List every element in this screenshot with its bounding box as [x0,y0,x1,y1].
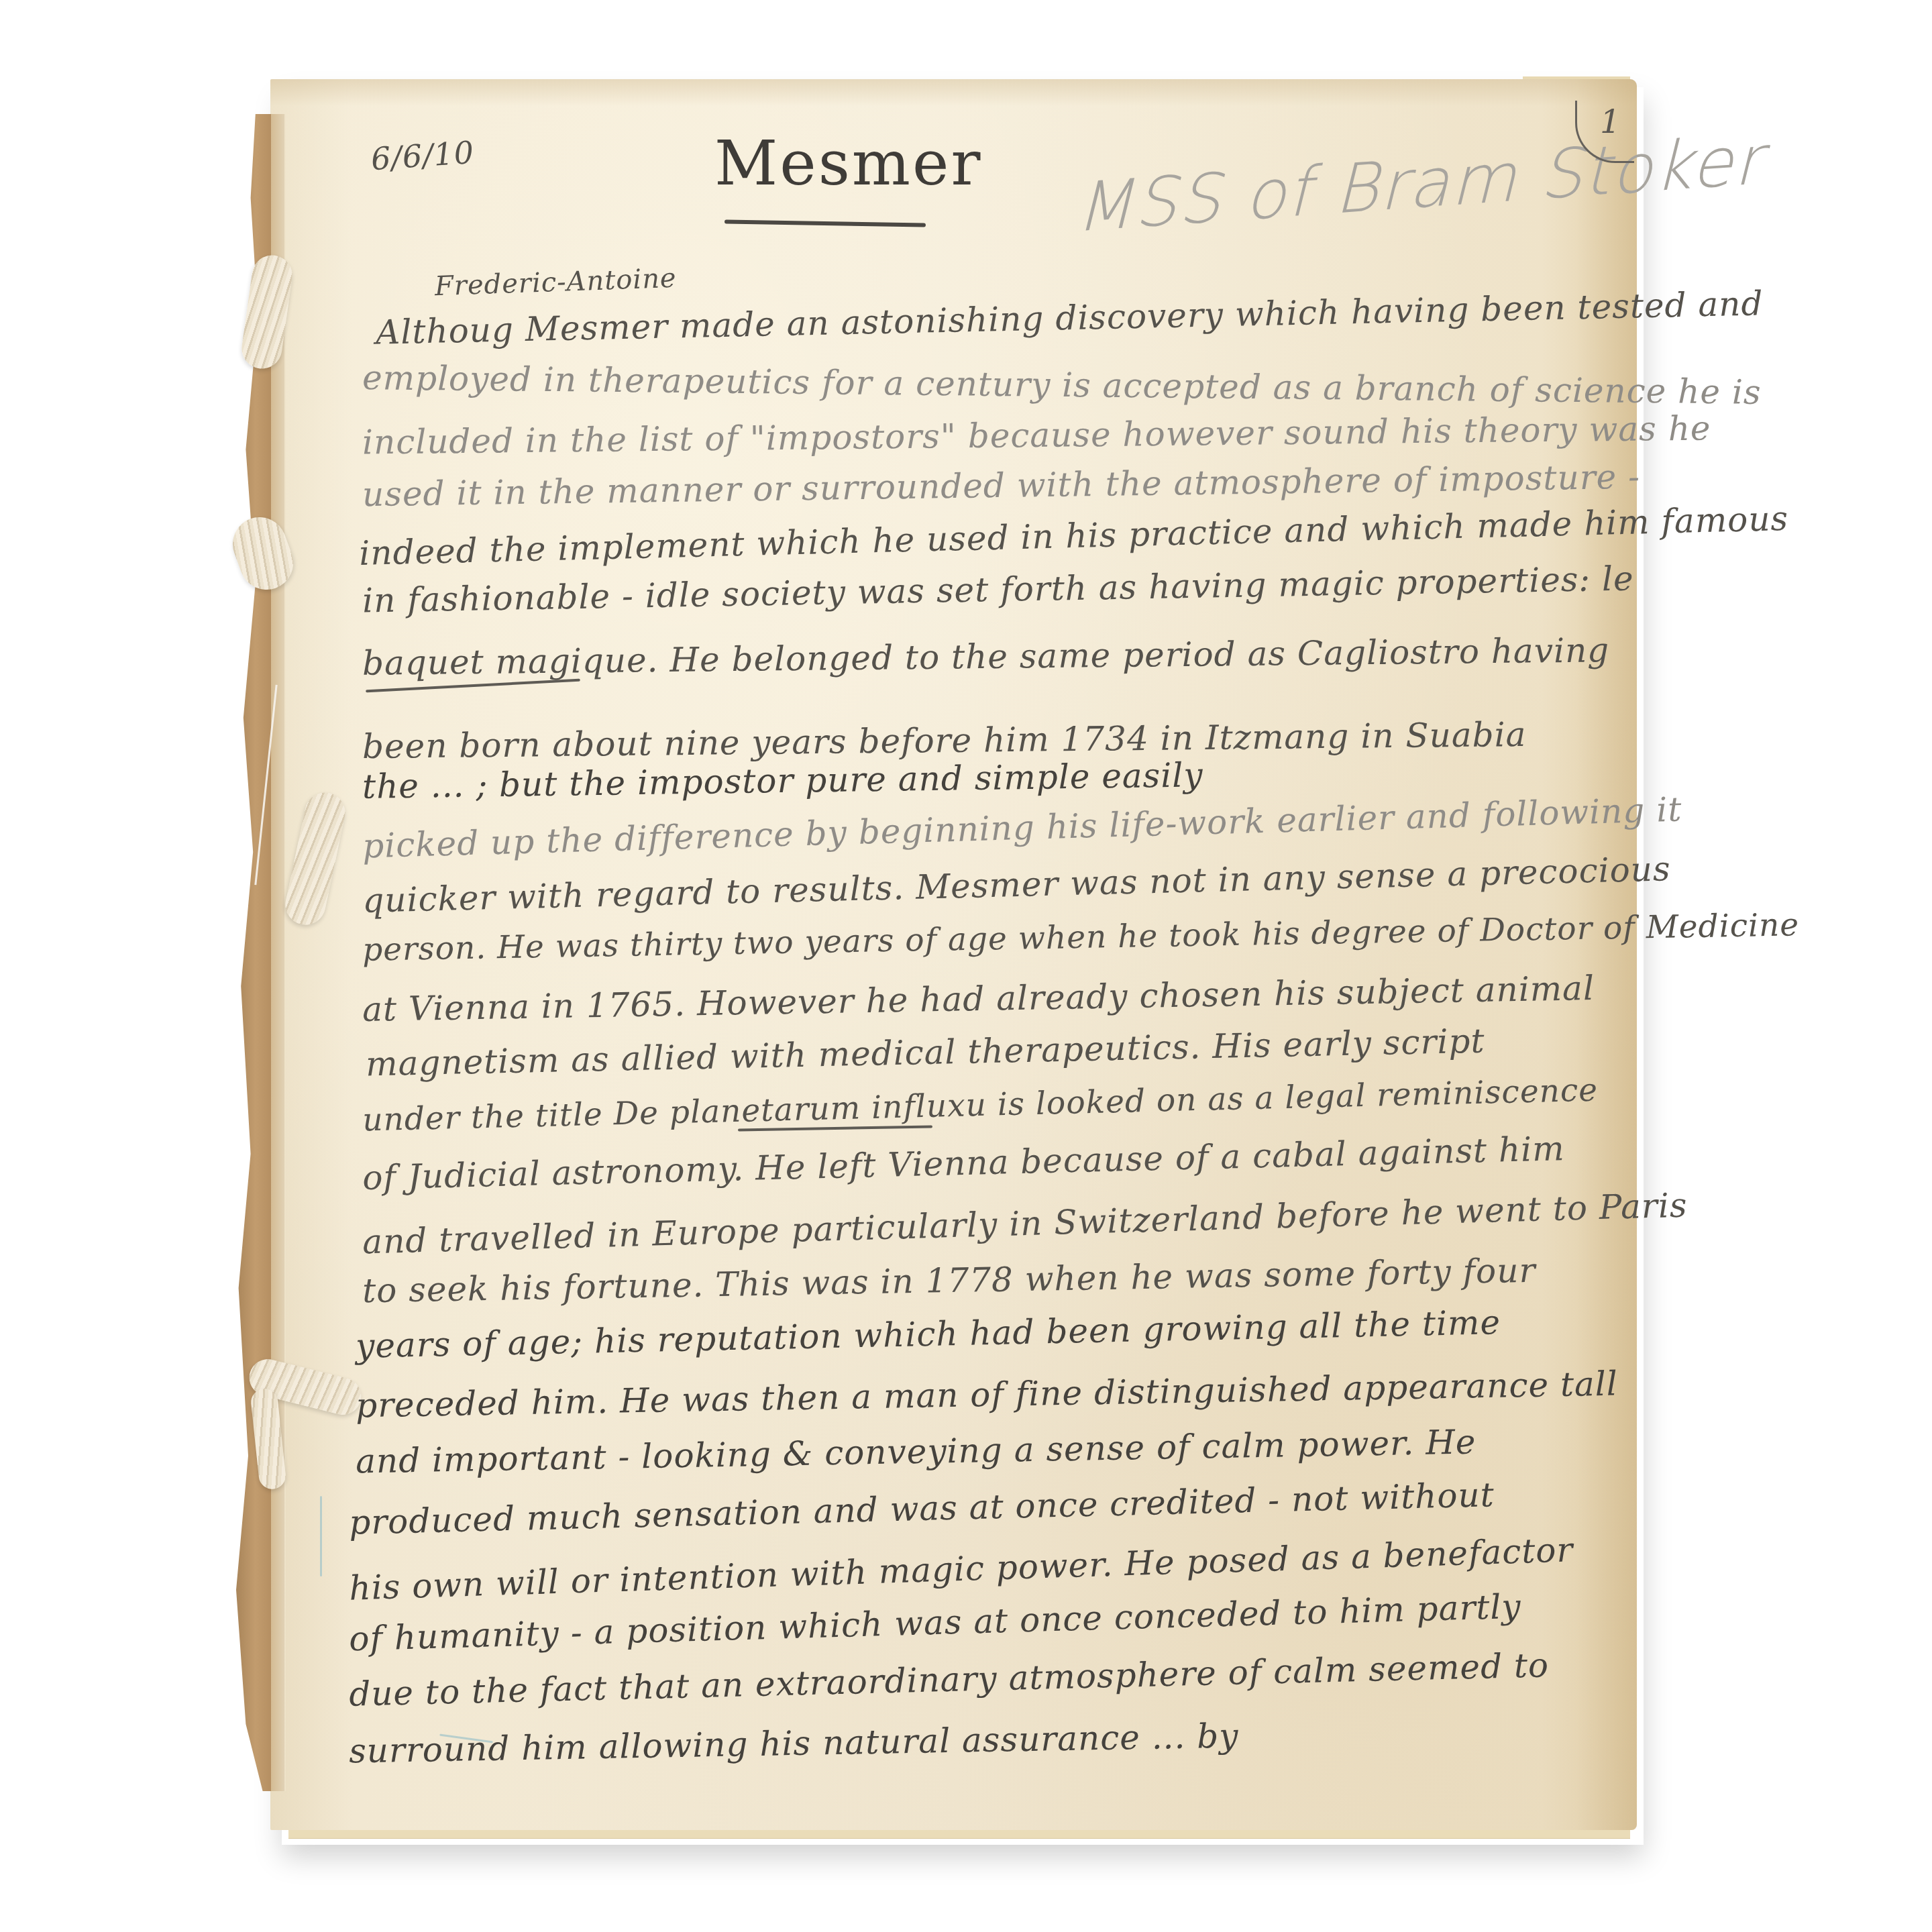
binding-fold [271,114,286,1791]
blue-pencil-margin-line [320,1496,322,1576]
date-note: 6/6/10 [370,134,475,178]
page-number-text: 1 [1600,103,1621,141]
page-title: Mesmer [714,127,983,199]
